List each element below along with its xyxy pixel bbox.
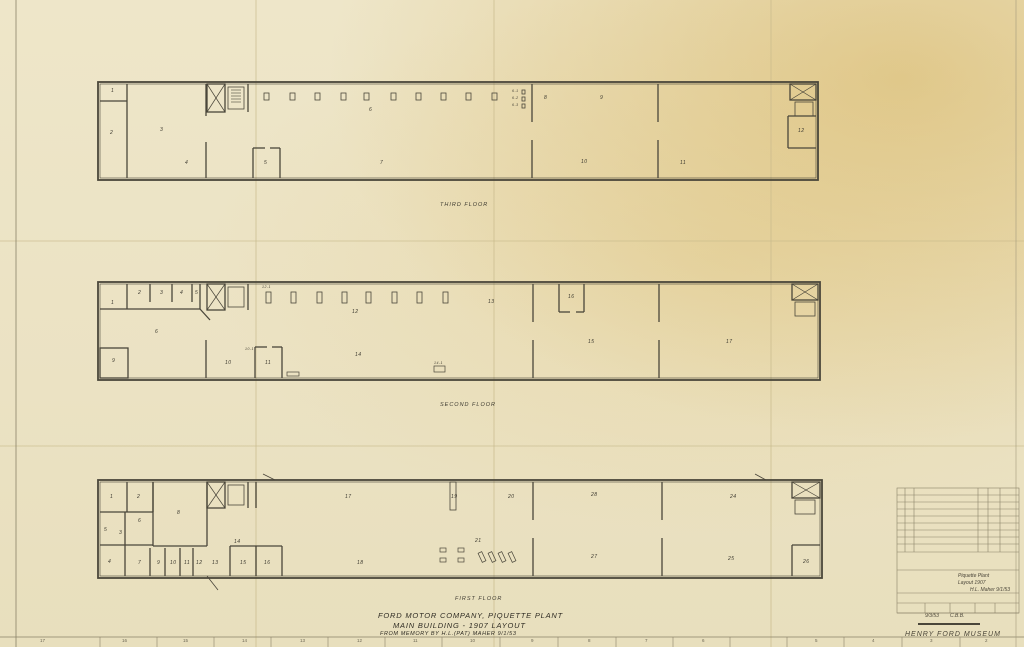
room-label: 7: [380, 160, 383, 166]
room-label: 12: [196, 560, 203, 566]
room-label: 1: [111, 88, 114, 94]
room-label: 15: [240, 560, 247, 566]
room-label: 10-1: [245, 347, 254, 351]
room-label: 12-1: [262, 285, 271, 289]
border-tick-label: 2: [985, 638, 988, 643]
room-label: 14: [355, 352, 362, 358]
room-label: 20: [508, 494, 515, 500]
room-label: 2: [110, 130, 113, 136]
room-label: 10: [170, 560, 177, 566]
room-label: 6: [155, 329, 158, 335]
room-label: 11: [265, 360, 271, 366]
room-label: 8: [177, 510, 180, 516]
border-tick-label: 11: [413, 638, 418, 643]
room-label: 4: [180, 290, 183, 296]
room-label: 25: [728, 556, 735, 562]
room-label: 26: [803, 559, 810, 565]
room-label: 3: [160, 290, 163, 296]
drawing-title: FORD MOTOR COMPANY, PIQUETTE PLANT: [378, 611, 563, 620]
title-block-subject: Layout 1907: [958, 580, 986, 586]
room-label: 5: [264, 160, 267, 166]
border-tick-label: 5: [815, 638, 818, 643]
room-label: 16: [264, 560, 271, 566]
border-tick-label: 9: [531, 638, 534, 643]
room-label: 19: [451, 494, 458, 500]
border-tick-label: 14: [242, 638, 247, 643]
first-floor-label: FIRST FLOOR: [455, 596, 502, 602]
room-label: 6: [138, 518, 141, 524]
border-tick-label: 10: [470, 638, 475, 643]
room-label: 14: [234, 539, 241, 545]
title-block-subject: H.L. Maher 9/1/53: [970, 587, 1010, 593]
border-tick-label: 6: [702, 638, 705, 643]
title-block-initials: C.B.B.: [950, 613, 964, 619]
room-label: 6-3: [512, 103, 519, 107]
room-label: 27: [591, 554, 598, 560]
room-label: 10: [225, 360, 232, 366]
room-label: 11: [680, 160, 686, 166]
border-tick-label: 17: [40, 638, 45, 643]
room-label: 14-1: [434, 361, 443, 365]
room-label: 3: [160, 127, 163, 133]
room-label: 18: [357, 560, 364, 566]
room-label: 3: [119, 530, 122, 536]
border-tick-label: 7: [645, 638, 648, 643]
room-label: 2: [138, 290, 141, 296]
title-block-grid: [897, 488, 1019, 624]
second-floor-plan: [98, 282, 820, 380]
border-tick-label: 16: [122, 638, 127, 643]
room-label: 4: [185, 160, 188, 166]
room-label: 7: [138, 560, 141, 566]
room-label: 6: [369, 107, 372, 113]
room-label: 9: [600, 95, 603, 101]
title-block-subject: Piquette Plant: [958, 573, 989, 579]
room-label: 5: [195, 290, 198, 296]
room-label: 12: [798, 128, 805, 134]
border-tick-label: 13: [300, 638, 305, 643]
third-floor-label: THIRD FLOOR: [440, 202, 488, 208]
border-tick-label: 15: [183, 638, 188, 643]
room-label: 4: [108, 559, 111, 565]
room-label: 17: [726, 339, 733, 345]
room-label: 1: [110, 494, 113, 500]
border-tick-label: 4: [872, 638, 875, 643]
second-floor-label: SECOND FLOOR: [440, 402, 496, 408]
room-label: 9: [112, 358, 115, 364]
institution-stamp: HENRY FORD MUSEUM: [905, 631, 1001, 638]
room-label: 6-2: [512, 96, 519, 100]
title-block-date: 9/3/53: [925, 613, 939, 619]
room-label: 12: [352, 309, 359, 315]
room-label: 6-1: [512, 89, 519, 93]
room-label: 13: [212, 560, 219, 566]
room-label: 21: [475, 538, 482, 544]
border-tick-label: 8: [588, 638, 591, 643]
room-label: 5: [104, 527, 107, 533]
room-label: 17: [345, 494, 352, 500]
room-label: 8: [544, 95, 547, 101]
drawing-subtitle: MAIN BUILDING - 1907 LAYOUT: [393, 621, 526, 630]
room-label: 11: [184, 560, 190, 566]
room-label: 10: [581, 159, 588, 165]
room-label: 16: [568, 294, 575, 300]
room-label: 13: [488, 299, 495, 305]
room-label: 1: [111, 300, 114, 306]
room-label: 15: [588, 339, 595, 345]
third-floor-plan: [98, 82, 818, 180]
room-label: 24: [730, 494, 737, 500]
room-label: 28: [591, 492, 598, 498]
room-label: 2: [137, 494, 140, 500]
border-tick-label: 3: [930, 638, 933, 643]
first-floor-plan: [98, 474, 822, 590]
room-label: 9: [157, 560, 160, 566]
border-tick-label: 12: [357, 638, 362, 643]
drawing-author-line: FROM MEMORY BY H.L.(PAT) MAHER 9/1/53: [380, 631, 517, 637]
